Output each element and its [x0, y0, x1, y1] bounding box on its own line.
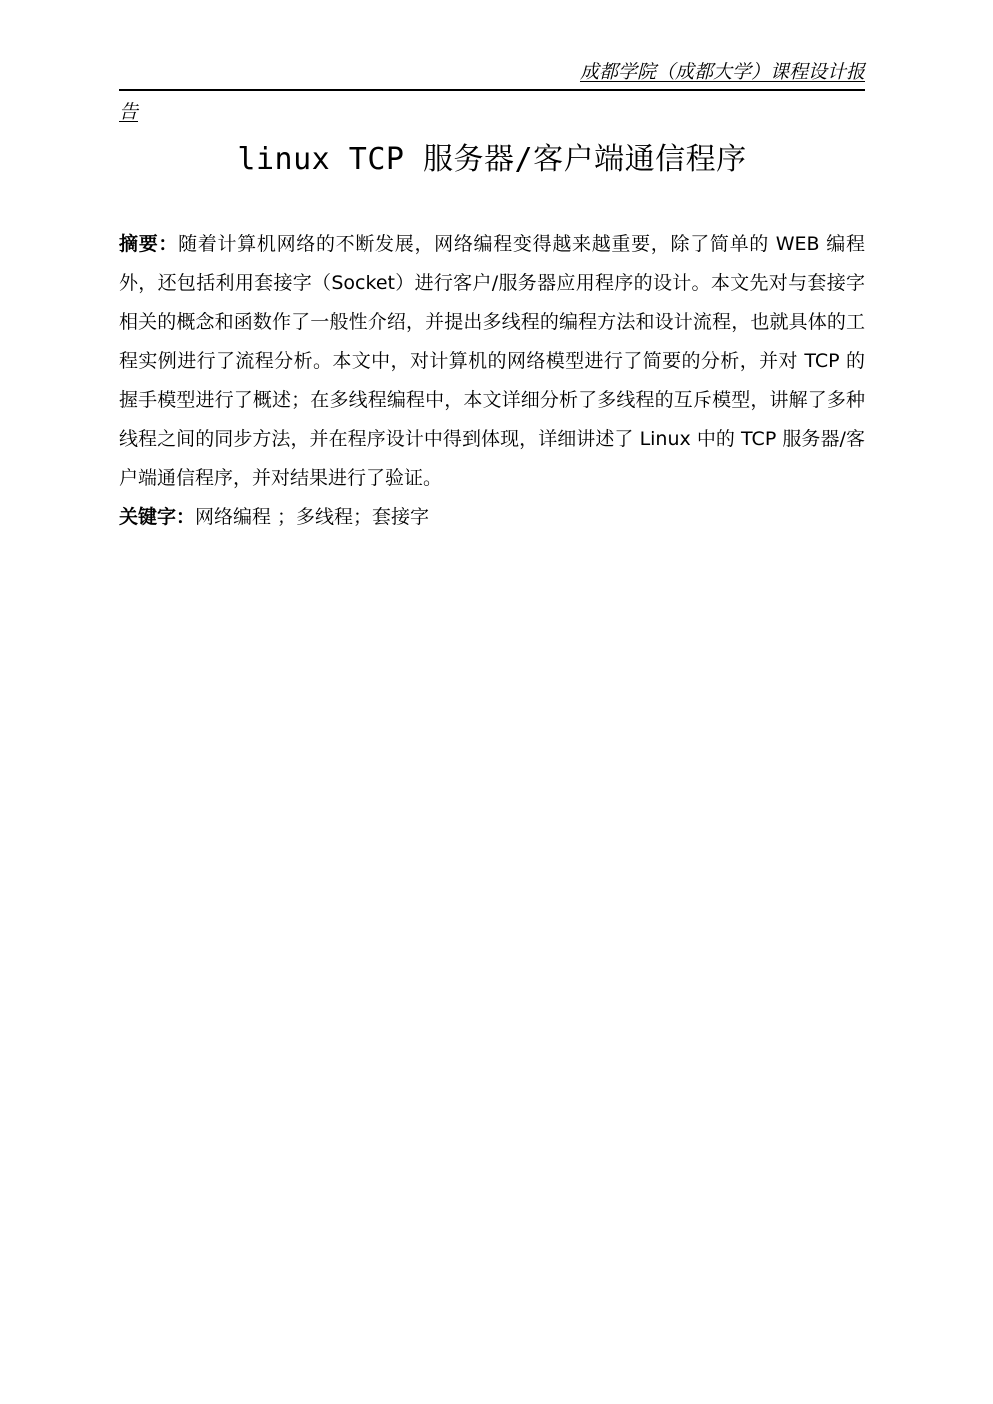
header-line-2: 告	[119, 103, 865, 123]
abstract-text: 随着计算机网络的不断发展，网络编程变得越来越重要，除了简单的 WEB 编程外，还…	[119, 233, 865, 489]
header-text-wrap: 告	[119, 102, 138, 123]
keywords-text: 网络编程 ；多线程；套接字	[195, 506, 429, 528]
document-title: linux TCP 服务器/客户端通信程序	[119, 139, 865, 181]
header-text: 成都学院（成都大学）课程设计报	[580, 62, 865, 83]
abstract-paragraph: 摘要：随着计算机网络的不断发展，网络编程变得越来越重要，除了简单的 WEB 编程…	[119, 225, 865, 498]
keywords-label: 关键字：	[119, 506, 195, 528]
header-line-1: 成都学院（成都大学）课程设计报	[119, 60, 865, 91]
keywords-line: 关键字：网络编程 ；多线程；套接字	[119, 498, 865, 537]
document-page: 成都学院（成都大学）课程设计报 告 linux TCP 服务器/客户端通信程序 …	[0, 0, 993, 1404]
page-header: 成都学院（成都大学）课程设计报 告	[119, 60, 865, 123]
abstract-label: 摘要：	[119, 233, 178, 255]
